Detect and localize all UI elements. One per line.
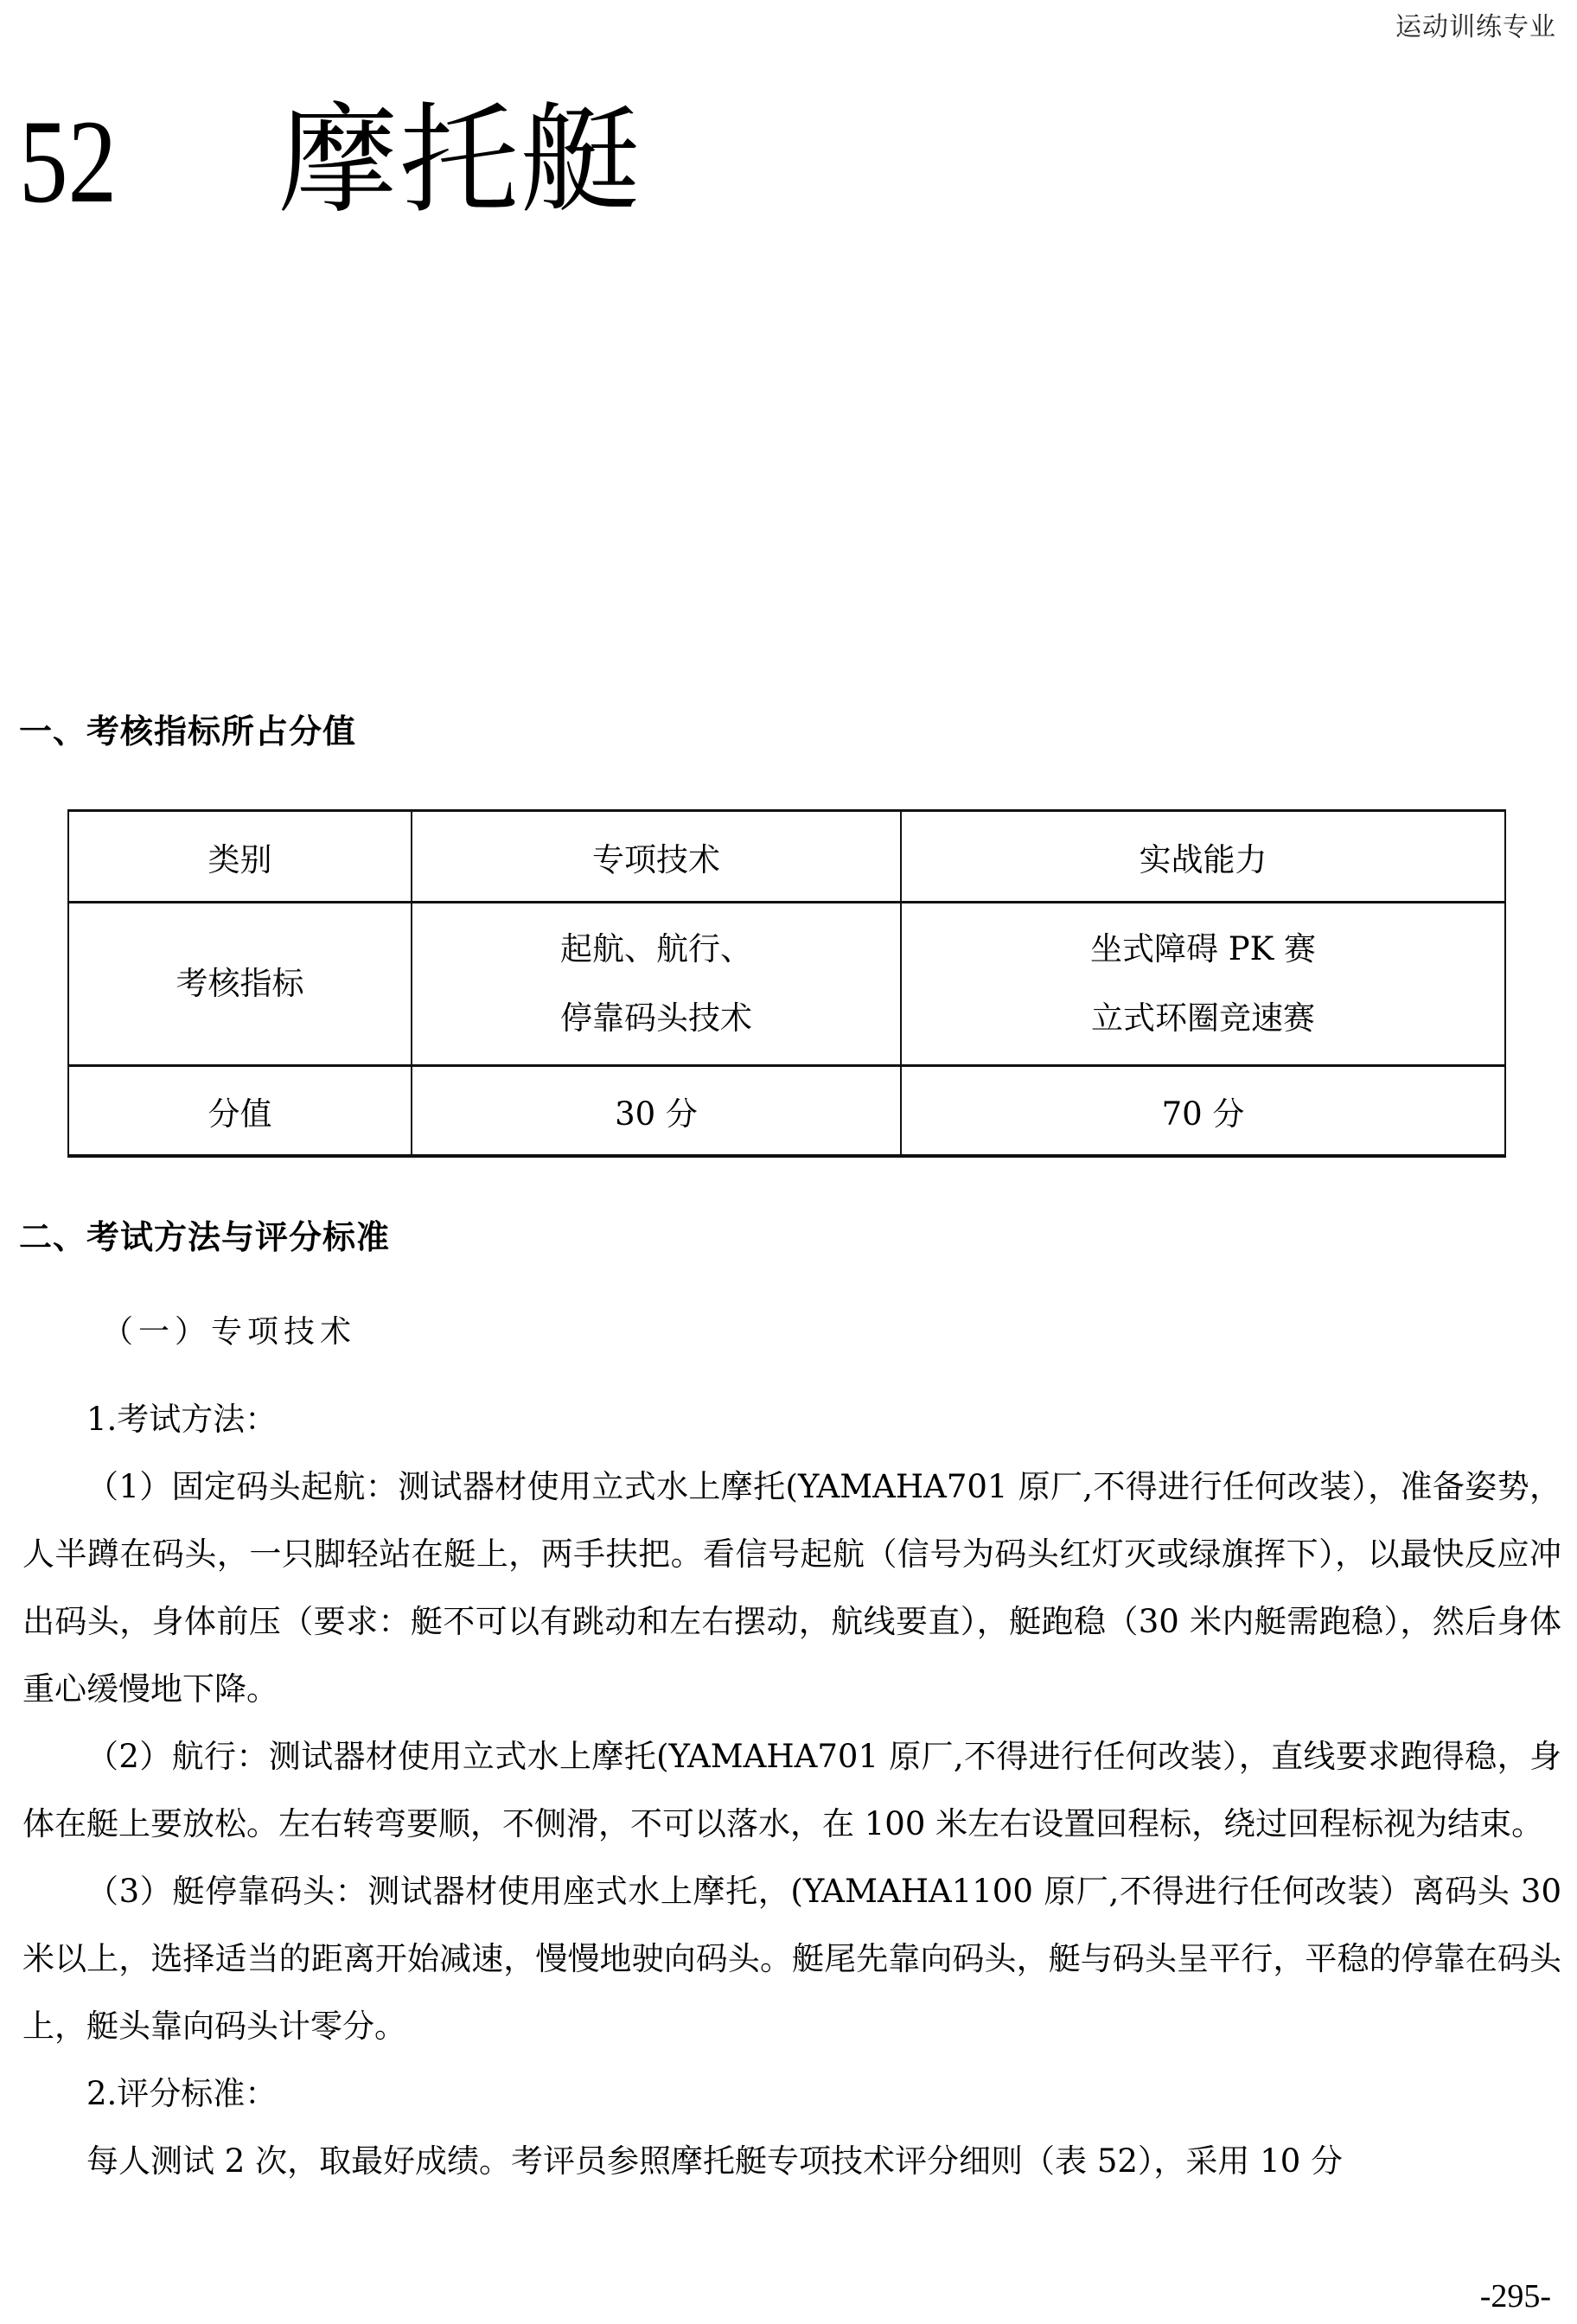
cell-line: 坐式障碍 PK 赛 <box>902 915 1504 984</box>
table-cell: 坐式障碍 PK 赛 立式环圈竞速赛 <box>901 903 1505 1066</box>
chapter-title: 52摩托艇 <box>19 102 642 221</box>
table-row-label: 考核指标 <box>68 903 412 1066</box>
table-header-row: 类别 专项技术 实战能力 <box>68 811 1505 903</box>
table-cell: 70 分 <box>901 1066 1505 1157</box>
cell-line: 停靠码头技术 <box>412 984 900 1053</box>
score-weight-table: 类别 专项技术 实战能力 考核指标 起航、航行、 停靠码头技术 坐式障碍 PK … <box>67 809 1506 1158</box>
page-number: -295- <box>1480 2277 1551 2315</box>
paragraph: （1）固定码头起航：测试器材使用立式水上摩托(YAMAHA701 原厂,不得进行… <box>22 1453 1561 1723</box>
scoring-heading: 2.评分标准： <box>22 2060 1561 2128</box>
cell-line: 起航、航行、 <box>412 915 900 984</box>
subsection-heading: （一）专项技术 <box>102 1307 356 1351</box>
paragraph: （3）艇停靠码头：测试器材使用座式水上摩托，(YAMAHA1100 原厂,不得进… <box>22 1858 1561 2060</box>
table-row-label: 分值 <box>68 1066 412 1157</box>
cell-line: 立式环圈竞速赛 <box>902 984 1504 1053</box>
table-header-cell: 专项技术 <box>412 811 901 903</box>
table-row: 考核指标 起航、航行、 停靠码头技术 坐式障碍 PK 赛 立式环圈竞速赛 <box>68 903 1505 1066</box>
section-heading-score-weights: 一、考核指标所占分值 <box>19 705 356 752</box>
running-header: 运动训练专业 <box>1395 5 1556 43</box>
paragraph: （2）航行：测试器材使用立式水上摩托(YAMAHA701 原厂,不得进行任何改装… <box>22 1723 1561 1858</box>
section-heading-exam-methods: 二、考试方法与评分标准 <box>19 1210 390 1258</box>
chapter-number: 52 <box>19 102 232 221</box>
table-cell: 起航、航行、 停靠码头技术 <box>412 903 901 1066</box>
table-header-cell: 实战能力 <box>901 811 1505 903</box>
method-heading: 1.考试方法： <box>22 1386 1561 1453</box>
body-text: 1.考试方法： （1）固定码头起航：测试器材使用立式水上摩托(YAMAHA701… <box>22 1386 1561 2195</box>
table-header-cell: 类别 <box>68 811 412 903</box>
table-row: 分值 30 分 70 分 <box>68 1066 1505 1157</box>
paragraph: 每人测试 2 次，取最好成绩。考评员参照摩托艇专项技术评分细则（表 52），采用… <box>22 2128 1561 2195</box>
chapter-name: 摩托艇 <box>278 102 642 221</box>
table-cell: 30 分 <box>412 1066 901 1157</box>
